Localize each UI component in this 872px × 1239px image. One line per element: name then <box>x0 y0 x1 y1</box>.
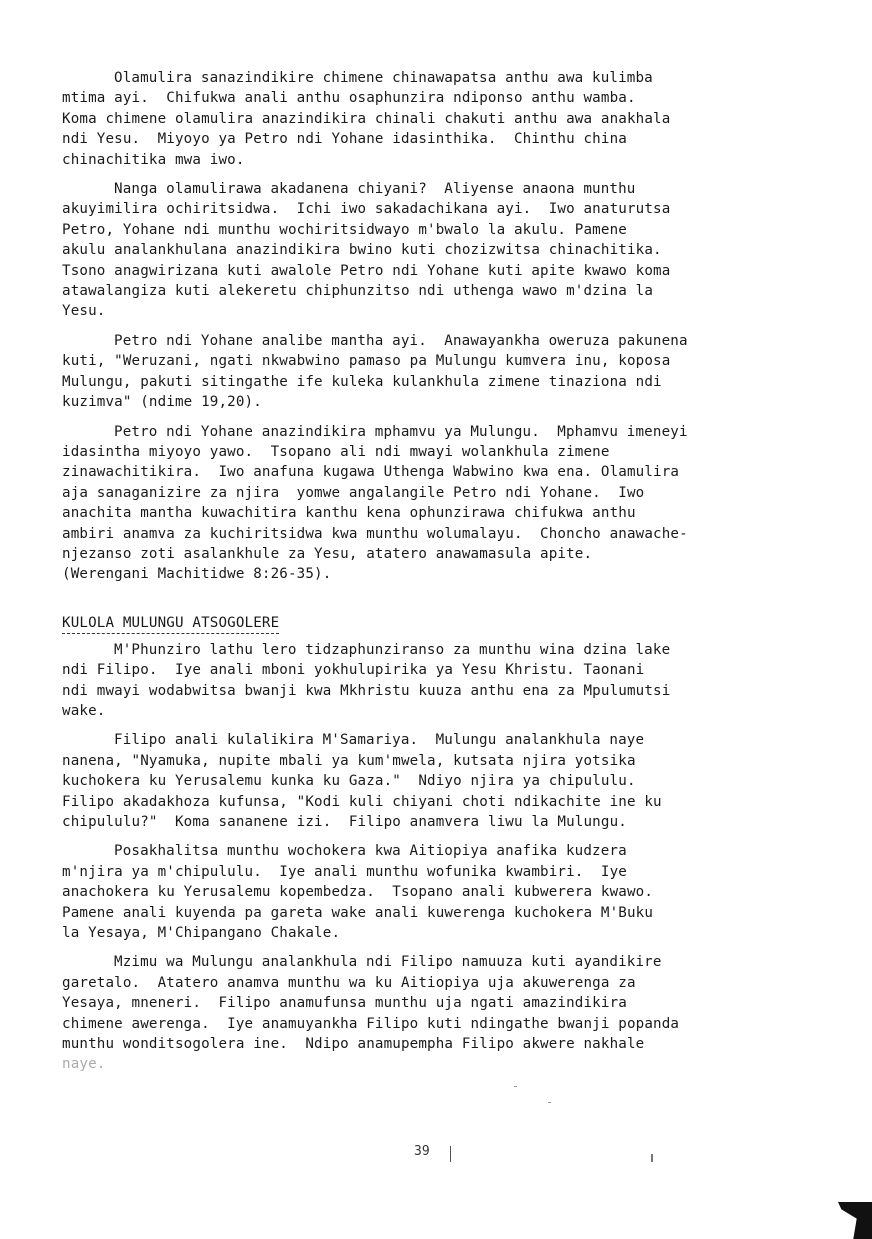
paragraph: Nanga olamulirawa akadanena chiyani? Ali… <box>62 179 822 322</box>
text-line: ndi mwayi wodabwitsa bwanji kwa Mkhristu… <box>62 681 822 701</box>
text-line: anachokera ku Yerusalemu kopembedza. Tso… <box>62 882 822 902</box>
text-line: idasintha miyoyo yawo. Tsopano ali ndi m… <box>62 442 822 462</box>
text-line: chipululu?" Koma sananene izi. Filipo an… <box>62 812 822 832</box>
scan-artifact <box>548 1102 551 1103</box>
paragraph: Posakhalitsa munthu wochokera kwa Aitiop… <box>62 841 822 943</box>
text-line: Mzimu wa Mulungu analankhula ndi Filipo … <box>62 952 822 972</box>
text-line: njezanso zoti asalankhule za Yesu, atate… <box>62 544 822 564</box>
paragraph: Olamulira sanazindikire chimene chinawap… <box>62 68 822 170</box>
text-line: akuyimilira ochiritsidwa. Ichi iwo sakad… <box>62 199 822 219</box>
text-line: Pamene anali kuyenda pa gareta wake anal… <box>62 903 822 923</box>
text-line: chimene awerenga. Iye anamuyankha Filipo… <box>62 1014 822 1034</box>
text-line: mtima ayi. Chifukwa anali anthu osaphunz… <box>62 88 822 108</box>
text-line: Petro, Yohane ndi munthu wochiritsidwayo… <box>62 220 822 240</box>
paragraph: Petro ndi Yohane anazindikira mphamvu ya… <box>62 422 822 585</box>
scanned-page: Olamulira sanazindikire chimene chinawap… <box>0 0 872 1239</box>
text-line: Olamulira sanazindikire chimene chinawap… <box>62 68 822 88</box>
paragraph: Mzimu wa Mulungu analankhula ndi Filipo … <box>62 952 822 1074</box>
text-line: wake. <box>62 701 822 721</box>
text-line: ambiri anamva za kuchiritsidwa kwa munth… <box>62 524 822 544</box>
text-line: anachita mantha kuwachitira kanthu kena … <box>62 503 822 523</box>
text-line: zinawachitikira. Iwo anafuna kugawa Uthe… <box>62 462 822 482</box>
text-line: kuti, "Weruzani, ngati nkwabwino pamaso … <box>62 351 822 371</box>
text-line: Mulungu, pakuti sitingathe ife kuleka ku… <box>62 372 822 392</box>
text-line: Nanga olamulirawa akadanena chiyani? Ali… <box>62 179 822 199</box>
text-line: Posakhalitsa munthu wochokera kwa Aitiop… <box>62 841 822 861</box>
scan-artifact <box>450 1146 451 1162</box>
text-line: Filipo akadakhoza kufunsa, "Kodi kuli ch… <box>62 792 822 812</box>
text-line: Tsono anagwirizana kuti awalole Petro nd… <box>62 261 822 281</box>
text-line: Yesaya, mneneri. Filipo anamufunsa munth… <box>62 993 822 1013</box>
text-line: atawalangiza kuti alekeretu chiphunzitso… <box>62 281 822 301</box>
scan-artifact <box>514 1086 517 1087</box>
text-line: kuzimva" (ndime 19,20). <box>62 392 822 412</box>
text-line: munthu wonditsogolera ine. Ndipo anamupe… <box>62 1034 822 1054</box>
text-line: naye. <box>62 1054 822 1074</box>
text-line: Petro ndi Yohane anazindikira mphamvu ya… <box>62 422 822 442</box>
text-line: m'njira ya m'chipululu. Iye anali munthu… <box>62 862 822 882</box>
scan-edge-mark <box>838 1202 872 1239</box>
text-line: Yesu. <box>62 301 822 321</box>
text-line: M'Phunziro lathu lero tidzaphunziranso z… <box>62 640 822 660</box>
text-line: ndi Yesu. Miyoyo ya Petro ndi Yohane ida… <box>62 129 822 149</box>
text-line: nanena, "Nyamuka, nupite mbali ya kum'mw… <box>62 751 822 771</box>
text-line: la Yesaya, M'Chipangano Chakale. <box>62 923 822 943</box>
text-line: Filipo anali kulalikira M'Samariya. Mulu… <box>62 730 822 750</box>
scan-artifact <box>651 1154 653 1162</box>
paragraph: M'Phunziro lathu lero tidzaphunziranso z… <box>62 640 822 722</box>
text-line: garetalo. Atatero anamva munthu wa ku Ai… <box>62 973 822 993</box>
document-body: Olamulira sanazindikire chimene chinawap… <box>62 68 822 1084</box>
page-number: 39 <box>414 1144 430 1159</box>
text-line: ndi Filipo. Iye anali mboni yokhulupirik… <box>62 660 822 680</box>
text-line: Petro ndi Yohane analibe mantha ayi. Ana… <box>62 331 822 351</box>
paragraph: Filipo anali kulalikira M'Samariya. Mulu… <box>62 730 822 832</box>
text-line: chinachitika mwa iwo. <box>62 150 822 170</box>
section-heading: KULOLA MULUNGU ATSOGOLERE <box>62 614 279 634</box>
paragraph: Petro ndi Yohane analibe mantha ayi. Ana… <box>62 331 822 413</box>
text-line: Koma chimene olamulira anazindikira chin… <box>62 109 822 129</box>
text-line: (Werengani Machitidwe 8:26-35). <box>62 564 822 584</box>
text-line: kuchokera ku Yerusalemu kunka ku Gaza." … <box>62 771 822 791</box>
text-line: akulu analankhulana anazindikira bwino k… <box>62 240 822 260</box>
text-line: aja sanaganizire za njira yomwe angalang… <box>62 483 822 503</box>
